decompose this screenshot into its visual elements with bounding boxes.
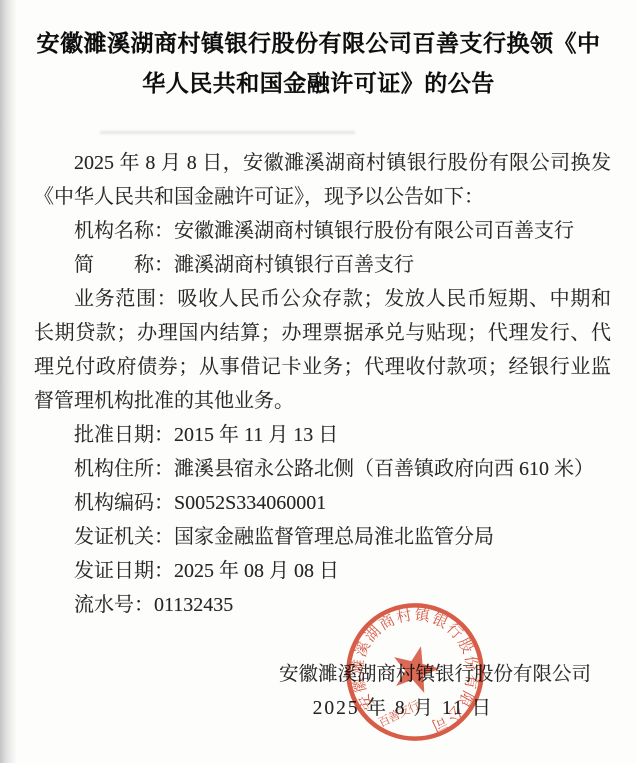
scanned-announcement-page: 安徽濉溪湖商村镇银行股份有限公司百善支行换领《中华人民共和国金融许可证》的公告 …: [0, 0, 637, 763]
announcement-title: 安徽濉溪湖商村镇银行股份有限公司百善支行换领《中华人民共和国金融许可证》的公告: [26, 24, 612, 104]
announcement-body: 2025 年 8 月 8 日，安徽濉溪湖商村镇银行股份有限公司换发《中华人民共和…: [0, 146, 637, 622]
field-label: 机构编码：: [74, 492, 174, 514]
field-label: 发证机关：: [74, 526, 174, 548]
field-label: 流水号：: [74, 594, 154, 616]
field-business-scope: 业务范围：吸收人民币公众存款；发放人民币短期、中期和长期贷款；办理国内结算；办理…: [34, 282, 611, 418]
field-institution-address: 机构住所：濉溪县宿永公路北侧（百善镇政府向西 610 米）: [34, 452, 611, 486]
field-label: 批准日期：: [74, 424, 174, 446]
field-value: 濉溪湖商村镇银行百善支行: [174, 254, 414, 276]
intro-paragraph: 2025 年 8 月 8 日，安徽濉溪湖商村镇银行股份有限公司换发《中华人民共和…: [34, 146, 611, 214]
field-serial-number: 流水号：01132435: [34, 588, 611, 622]
signature-block: 安徽濉溪湖商村镇银行股份有限公司 2025 年 8 月 11 日: [0, 658, 637, 726]
field-short-name: 简 称：濉溪湖商村镇银行百善支行: [34, 248, 611, 282]
field-value: 濉溪县宿永公路北侧（百善镇政府向西 610 米）: [174, 458, 594, 480]
field-value: S0052S334060001: [174, 492, 326, 514]
field-label: 业务范围：: [74, 288, 177, 310]
field-value: 安徽濉溪湖商村镇银行股份有限公司百善支行: [174, 220, 574, 242]
field-value: 国家金融监督管理总局淮北监管分局: [174, 526, 494, 548]
field-label: 简 称：: [74, 254, 174, 276]
field-value: 2015 年 11 月 13 日: [174, 424, 338, 446]
field-institution-name: 机构名称：安徽濉溪湖商村镇银行股份有限公司百善支行: [34, 214, 611, 248]
scan-artifact: [100, 131, 355, 134]
field-issue-date: 发证日期：2025 年 08 月 08 日: [34, 554, 611, 588]
signature-date: 2025 年 8 月 11 日: [0, 692, 637, 726]
field-approval-date: 批准日期：2015 年 11 月 13 日: [34, 418, 611, 452]
field-value: 01132435: [154, 594, 233, 616]
field-institution-code: 机构编码：S0052S334060001: [34, 486, 611, 520]
field-label: 机构住所：: [74, 458, 174, 480]
field-value: 2025 年 08 月 08 日: [174, 560, 339, 582]
signature-company: 安徽濉溪湖商村镇银行股份有限公司: [0, 658, 637, 692]
field-label: 发证日期：: [74, 560, 174, 582]
field-issuing-authority: 发证机关：国家金融监督管理总局淮北监管分局: [34, 520, 611, 554]
field-label: 机构名称：: [74, 220, 174, 242]
